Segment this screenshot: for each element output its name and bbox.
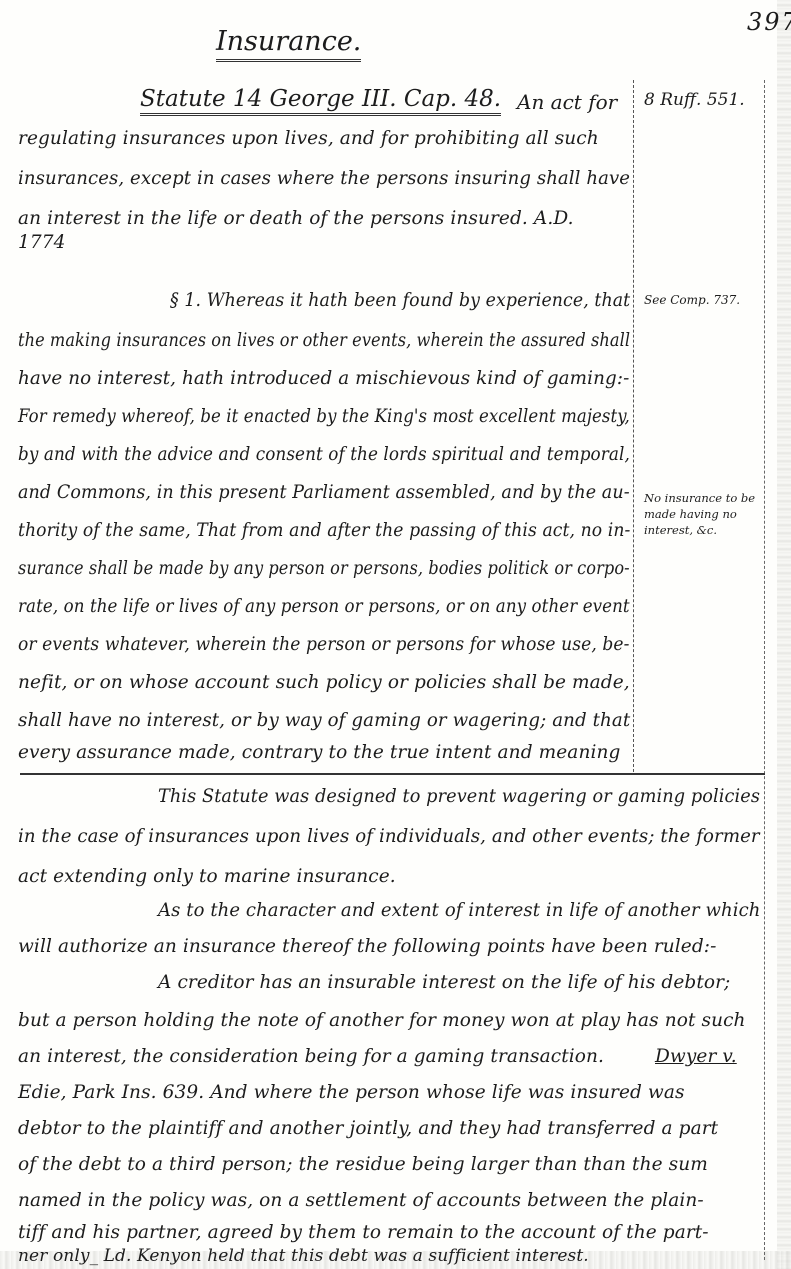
text-line: every assurance made, contrary to the tr… <box>18 742 620 763</box>
margin-note-reference: See Comp. 737. <box>644 292 762 308</box>
text-line: This Statute was designed to prevent wag… <box>158 786 760 807</box>
margin-divider-right <box>764 80 765 1260</box>
text-line: act extending only to marine insurance. <box>18 866 396 887</box>
text-line: Edie, Park Ins. 639. And where the perso… <box>18 1082 685 1103</box>
text-line: an interest, the consideration being for… <box>18 1046 604 1067</box>
text-line: by and with the advice and consent of th… <box>18 444 630 465</box>
margin-divider-left <box>633 80 634 772</box>
text-line: named in the policy was, on a settlement… <box>18 1190 704 1211</box>
text-line: but a person holding the note of another… <box>18 1010 746 1031</box>
text-line: rate, on the life or lives of any person… <box>18 596 630 617</box>
text-line: of the debt to a third person; the resid… <box>18 1154 708 1175</box>
text-line: will authorize an insurance thereof the … <box>18 936 717 957</box>
text-line: tiff and his partner, agreed by them to … <box>18 1222 709 1243</box>
text-line: shall have no interest, or by way of gam… <box>18 710 630 731</box>
text-line: and Commons, in this present Parliament … <box>18 482 630 503</box>
page-number: 397 <box>747 8 791 36</box>
text-line: regulating insurances upon lives, and fo… <box>18 128 599 149</box>
text-line: A creditor has an insurable interest on … <box>158 972 730 993</box>
text-line: For remedy whereof, be it enacted by the… <box>18 406 630 427</box>
text-line: § 1. Whereas it hath been found by exper… <box>170 290 630 311</box>
text-line: an interest in the life or death of the … <box>18 208 574 229</box>
statute-title-tail: An act for <box>517 90 617 114</box>
margin-note-reference: 8 Ruff. 551. <box>644 92 762 108</box>
text-line: insurances, except in cases where the pe… <box>18 168 630 189</box>
manuscript-page: 397 Insurance. Statute 14 George III. Ca… <box>0 0 791 1269</box>
text-line: ner only_ Ld. Kenyon held that this debt… <box>18 1246 589 1266</box>
text-line: nefit, or on whose account such policy o… <box>18 672 630 693</box>
text-line: As to the character and extent of intere… <box>158 900 760 921</box>
text-line: surance shall be made by any person or p… <box>18 558 630 579</box>
statute-title: Statute 14 George III. Cap. 48. <box>140 86 501 116</box>
text-line: the making insurances on lives or other … <box>18 330 630 351</box>
case-citation: Dwyer v. <box>655 1046 737 1067</box>
page-heading: Insurance. <box>216 26 361 62</box>
text-line: or events whatever, wherein the person o… <box>18 634 630 655</box>
text-line: in the case of insurances upon lives of … <box>18 826 760 847</box>
text-line: debtor to the plaintiff and another join… <box>18 1118 718 1139</box>
text-line: thority of the same, That from and after… <box>18 520 630 541</box>
margin-note-summary: No insurance to be made having no intere… <box>644 490 762 538</box>
scan-edge-right <box>777 0 791 1269</box>
text-line: have no interest, hath introduced a misc… <box>18 368 629 389</box>
section-rule <box>20 773 765 775</box>
text-line: 1774 <box>18 232 65 253</box>
